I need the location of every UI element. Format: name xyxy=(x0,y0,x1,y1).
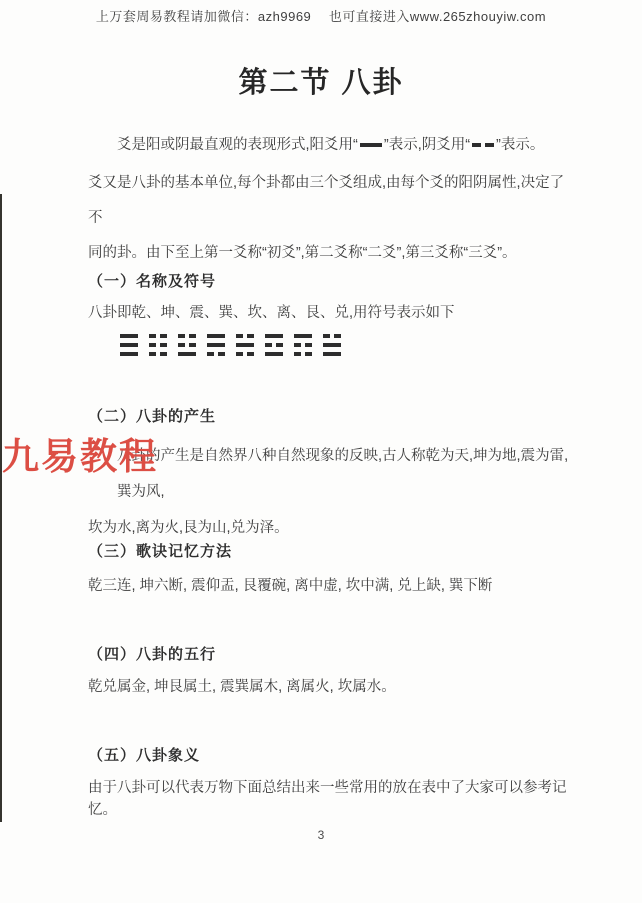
section-5-heading: （五）八卦象义 xyxy=(88,744,200,765)
section-2-body: 八卦的产生是自然界八种自然现象的反映,古人称乾为天,坤为地,震为雷,巽为风, 坎… xyxy=(88,438,570,546)
scanned-document-page: 上万套周易教程请加微信：azh9969 也可直接进入www.265zhouyiw… xyxy=(0,0,642,903)
trigram-symbol-震 xyxy=(178,334,196,356)
section-4-body: 乾兑属金, 坤艮属土, 震巽属木, 离属火, 坎属水。 xyxy=(88,676,593,698)
page-title: 第二节 八卦 xyxy=(0,60,642,101)
section-1-body: 八卦即乾、坤、震、巽、坎、离、艮、兑,用符号表示如下 xyxy=(88,302,570,324)
intro-p1-text-after: ”表示。 xyxy=(496,137,544,153)
section-4-heading: （四）八卦的五行 xyxy=(88,643,216,664)
page-header: 上万套周易教程请加微信：azh9969 也可直接进入www.265zhouyiw… xyxy=(0,6,642,25)
yin-yao-symbol xyxy=(472,143,494,147)
trigram-symbol-巽 xyxy=(207,334,225,356)
section-1-heading: （一）名称及符号 xyxy=(88,270,216,291)
intro-paragraph-1: 爻是阳或阴最直观的表现形式,阳爻用“”表示,阴爻用“”表示。 xyxy=(88,134,570,156)
section-2-body-line1: 八卦的产生是自然界八种自然现象的反映,古人称乾为天,坤为地,震为雷,巽为风, xyxy=(88,438,570,510)
section-5-body: 由于八卦可以代表万物下面总结出来一些常用的放在表中了大家可以参考记忆。 xyxy=(88,777,593,821)
section-3-body: 乾三连, 坤六断, 震仰盂, 艮覆碗, 离中虚, 坎中满, 兑上缺, 巽下断 xyxy=(88,575,593,597)
watermark-jiuyi-jiaocheng: 九易教程 xyxy=(2,426,158,480)
section-2-heading: （二）八卦的产生 xyxy=(88,405,216,426)
yang-yao-symbol xyxy=(360,143,382,147)
trigram-symbol-艮 xyxy=(294,334,312,356)
trigram-symbol-乾 xyxy=(120,334,138,356)
intro-p2-line2: 同的卦。由下至上第一爻称“初爻”,第二爻称“二爻”,第三爻称“三爻”。 xyxy=(88,236,570,271)
trigram-row xyxy=(120,334,341,356)
trigram-symbol-坎 xyxy=(236,334,254,356)
trigram-symbol-离 xyxy=(265,334,283,356)
section-3-heading: （三）歌诀记忆方法 xyxy=(88,540,232,561)
intro-paragraph-2: 爻又是八卦的基本单位,每个卦都由三个爻组成,由每个爻的阳阴属性,决定了不 同的卦… xyxy=(88,166,570,271)
trigram-symbol-兑 xyxy=(323,334,341,356)
page-number: 3 xyxy=(0,828,642,842)
intro-p1-text-before: 爻是阳或阴最直观的表现形式,阳爻用“ xyxy=(117,137,358,153)
intro-p2-line1: 爻又是八卦的基本单位,每个卦都由三个爻组成,由每个爻的阳阴属性,决定了不 xyxy=(88,166,570,236)
trigram-symbol-坤 xyxy=(149,334,167,356)
intro-p1-text-between: ”表示,阴爻用“ xyxy=(384,137,470,153)
scan-edge-line xyxy=(0,194,2,822)
header-promo-text: 上万套周易教程请加微信：azh9969 也可直接进入www.265zhouyiw… xyxy=(96,9,546,24)
